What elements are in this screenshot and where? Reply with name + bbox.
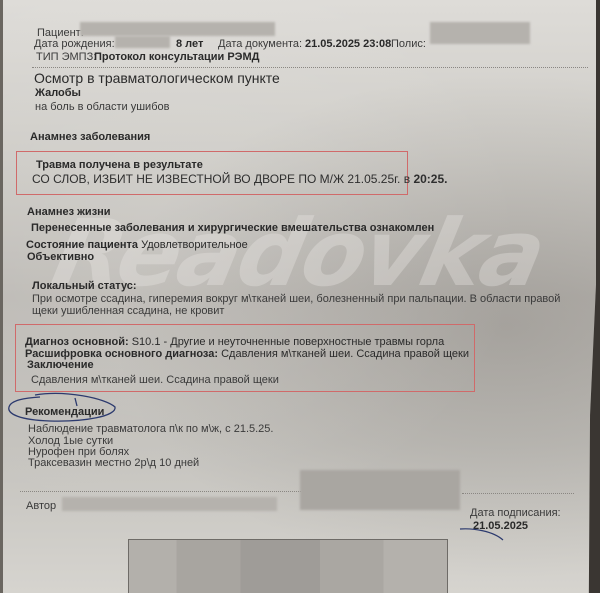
author-divider	[20, 491, 305, 492]
anamnesis-life-text: Перенесенные заболевания и хирургические…	[31, 222, 434, 234]
patient-condition: Состояние пациента Удовлетворительное	[26, 239, 248, 251]
document-date-value: 21.05.2025 23:08	[305, 38, 391, 50]
emd-type-value: Протокол консультации РЭМД	[94, 51, 260, 63]
injury-label: Травма получена в результате	[36, 159, 203, 171]
conclusion-label: Заключение	[27, 359, 94, 371]
patient-age: 8 лет	[176, 38, 203, 50]
local-status-line2: щеки ушибленная ссадина, не кровит	[32, 305, 224, 317]
anamnesis-disease-label: Анамнез заболевания	[30, 131, 150, 143]
injury-description: СО СЛОВ, ИЗБИТ НЕ ИЗВЕСТНОЙ ВО ДВОРЕ ПО …	[32, 172, 410, 186]
redacted-author-extra	[300, 470, 460, 510]
recommendation-item: Наблюдение травматолога п\к по м\ж, с 21…	[28, 423, 273, 435]
document-date-label: Дата документа:	[218, 38, 302, 50]
exam-title: Осмотр в травматологическом пункте	[34, 70, 280, 86]
sign-date-label: Дата подписания:	[470, 507, 561, 519]
redacted-signature-stamp	[128, 539, 448, 593]
header-divider	[32, 67, 588, 68]
redacted-author	[62, 497, 277, 511]
birthdate-label: Дата рождения:	[34, 38, 115, 50]
complaints-text: на боль в области ушибов	[35, 101, 169, 113]
condition-label: Состояние пациента	[26, 239, 138, 251]
condition-value: Удовлетворительное	[141, 239, 248, 251]
diagnosis-main-value: S10.1 - Другие и неуточненные поверхност…	[132, 336, 445, 348]
local-status-label: Локальный статус:	[32, 280, 137, 292]
recommendation-item: Траксевазин местно 2р\д 10 дней	[28, 457, 199, 469]
redacted-patient-name	[80, 22, 275, 36]
policy-label: Полис:	[391, 38, 426, 50]
local-status-line1: При осмотре ссадина, гиперемия вокруг м\…	[32, 293, 560, 305]
redacted-birthdate	[115, 36, 170, 48]
ink-underline-mark	[458, 525, 508, 543]
author-label: Автор	[26, 500, 56, 512]
objective-label: Объективно	[27, 251, 94, 263]
conclusion-value: Сдавления м\тканей шеи. Ссадина правой щ…	[31, 374, 279, 386]
paper-edge	[0, 0, 3, 593]
complaints-label: Жалобы	[35, 87, 81, 99]
sign-divider	[462, 493, 574, 494]
diagnosis-decode-value: Сдавления м\тканей шеи. Ссадина правой щ…	[221, 348, 469, 360]
redacted-policy	[430, 22, 530, 44]
emd-type-label: ТИП ЭМПЗ:	[36, 51, 96, 63]
injury-time: 20:25.	[413, 172, 447, 186]
diagnosis-main: Диагноз основной: S10.1 - Другие и неуто…	[25, 336, 444, 348]
diagnosis-main-label: Диагноз основной:	[25, 336, 129, 348]
anamnesis-life-label: Анамнез жизни	[27, 206, 111, 218]
recommendations-label: Рекомендации	[25, 406, 104, 418]
injury-text: СО СЛОВ, ИЗБИТ НЕ ИЗВЕСТНОЙ ВО ДВОРЕ ПО …	[32, 172, 447, 186]
